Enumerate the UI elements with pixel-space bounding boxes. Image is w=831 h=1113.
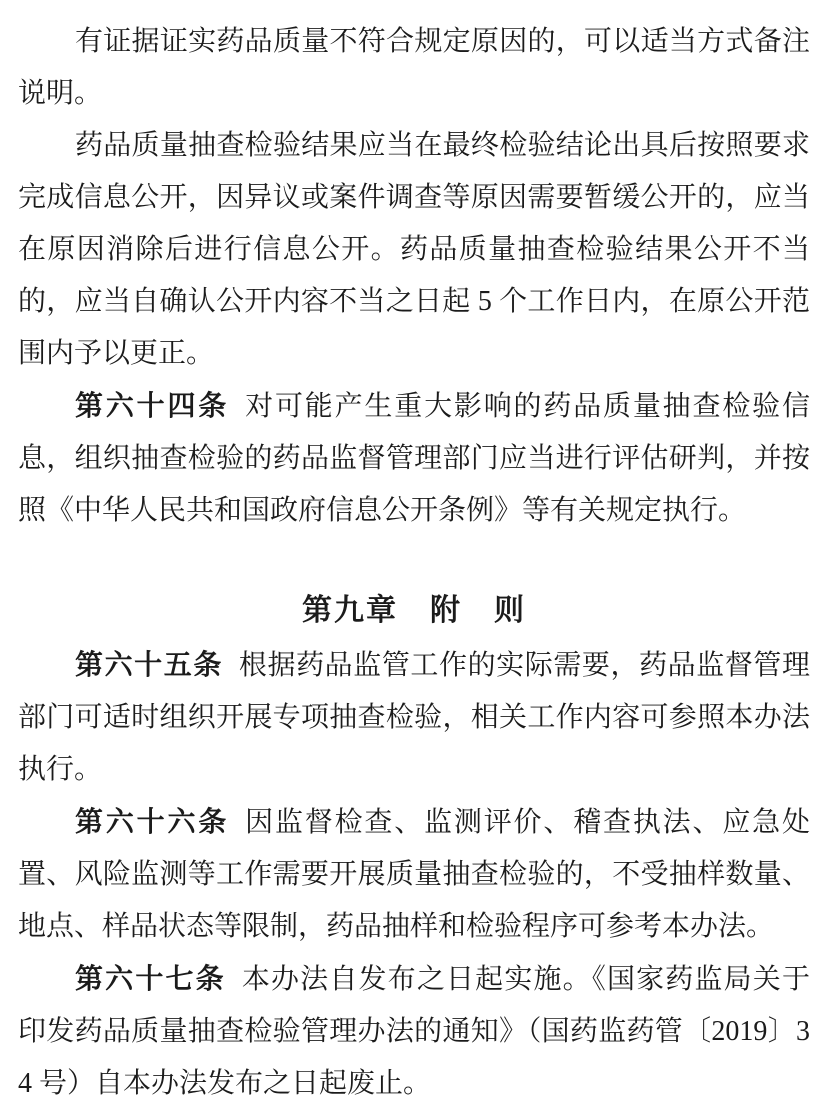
document-page: 有证据证实药品质量不符合规定原因的，可以适当方式备注说明。 药品质量抽查检验结果… bbox=[0, 0, 831, 1113]
article-number: 第六十五条 bbox=[75, 649, 223, 680]
paragraph-text: 药品质量抽查检验结果应当在最终检验结论出具后按照要求完成信息公开，因异议或案件调… bbox=[18, 130, 810, 369]
paragraph: 有证据证实药品质量不符合规定原因的，可以适当方式备注说明。 bbox=[18, 16, 810, 120]
paragraph-text: 有证据证实药品质量不符合规定原因的，可以适当方式备注说明。 bbox=[18, 26, 810, 109]
article-number: 第六十四条 bbox=[75, 390, 229, 421]
article-paragraph: 第六十五条根据药品监管工作的实际需要，药品监督管理部门可适时组织开展专项抽查检验… bbox=[18, 639, 810, 796]
chapter-heading: 第九章 附 则 bbox=[18, 583, 810, 639]
article-paragraph: 第六十七条本办法自发布之日起实施。《国家药监局关于印发药品质量抽查检验管理办法的… bbox=[18, 953, 810, 1110]
paragraph: 药品质量抽查检验结果应当在最终检验结论出具后按照要求完成信息公开，因异议或案件调… bbox=[18, 120, 810, 380]
article-number: 第六十七条 bbox=[75, 963, 226, 994]
article-paragraph: 第六十六条因监督检查、监测评价、稽查执法、应急处置、风险监测等工作需要开展质量抽… bbox=[18, 796, 810, 953]
article-number: 第六十六条 bbox=[75, 806, 229, 837]
article-paragraph: 第六十四条对可能产生重大影响的药品质量抽查检验信息，组织抽查检验的药品监督管理部… bbox=[18, 380, 810, 537]
